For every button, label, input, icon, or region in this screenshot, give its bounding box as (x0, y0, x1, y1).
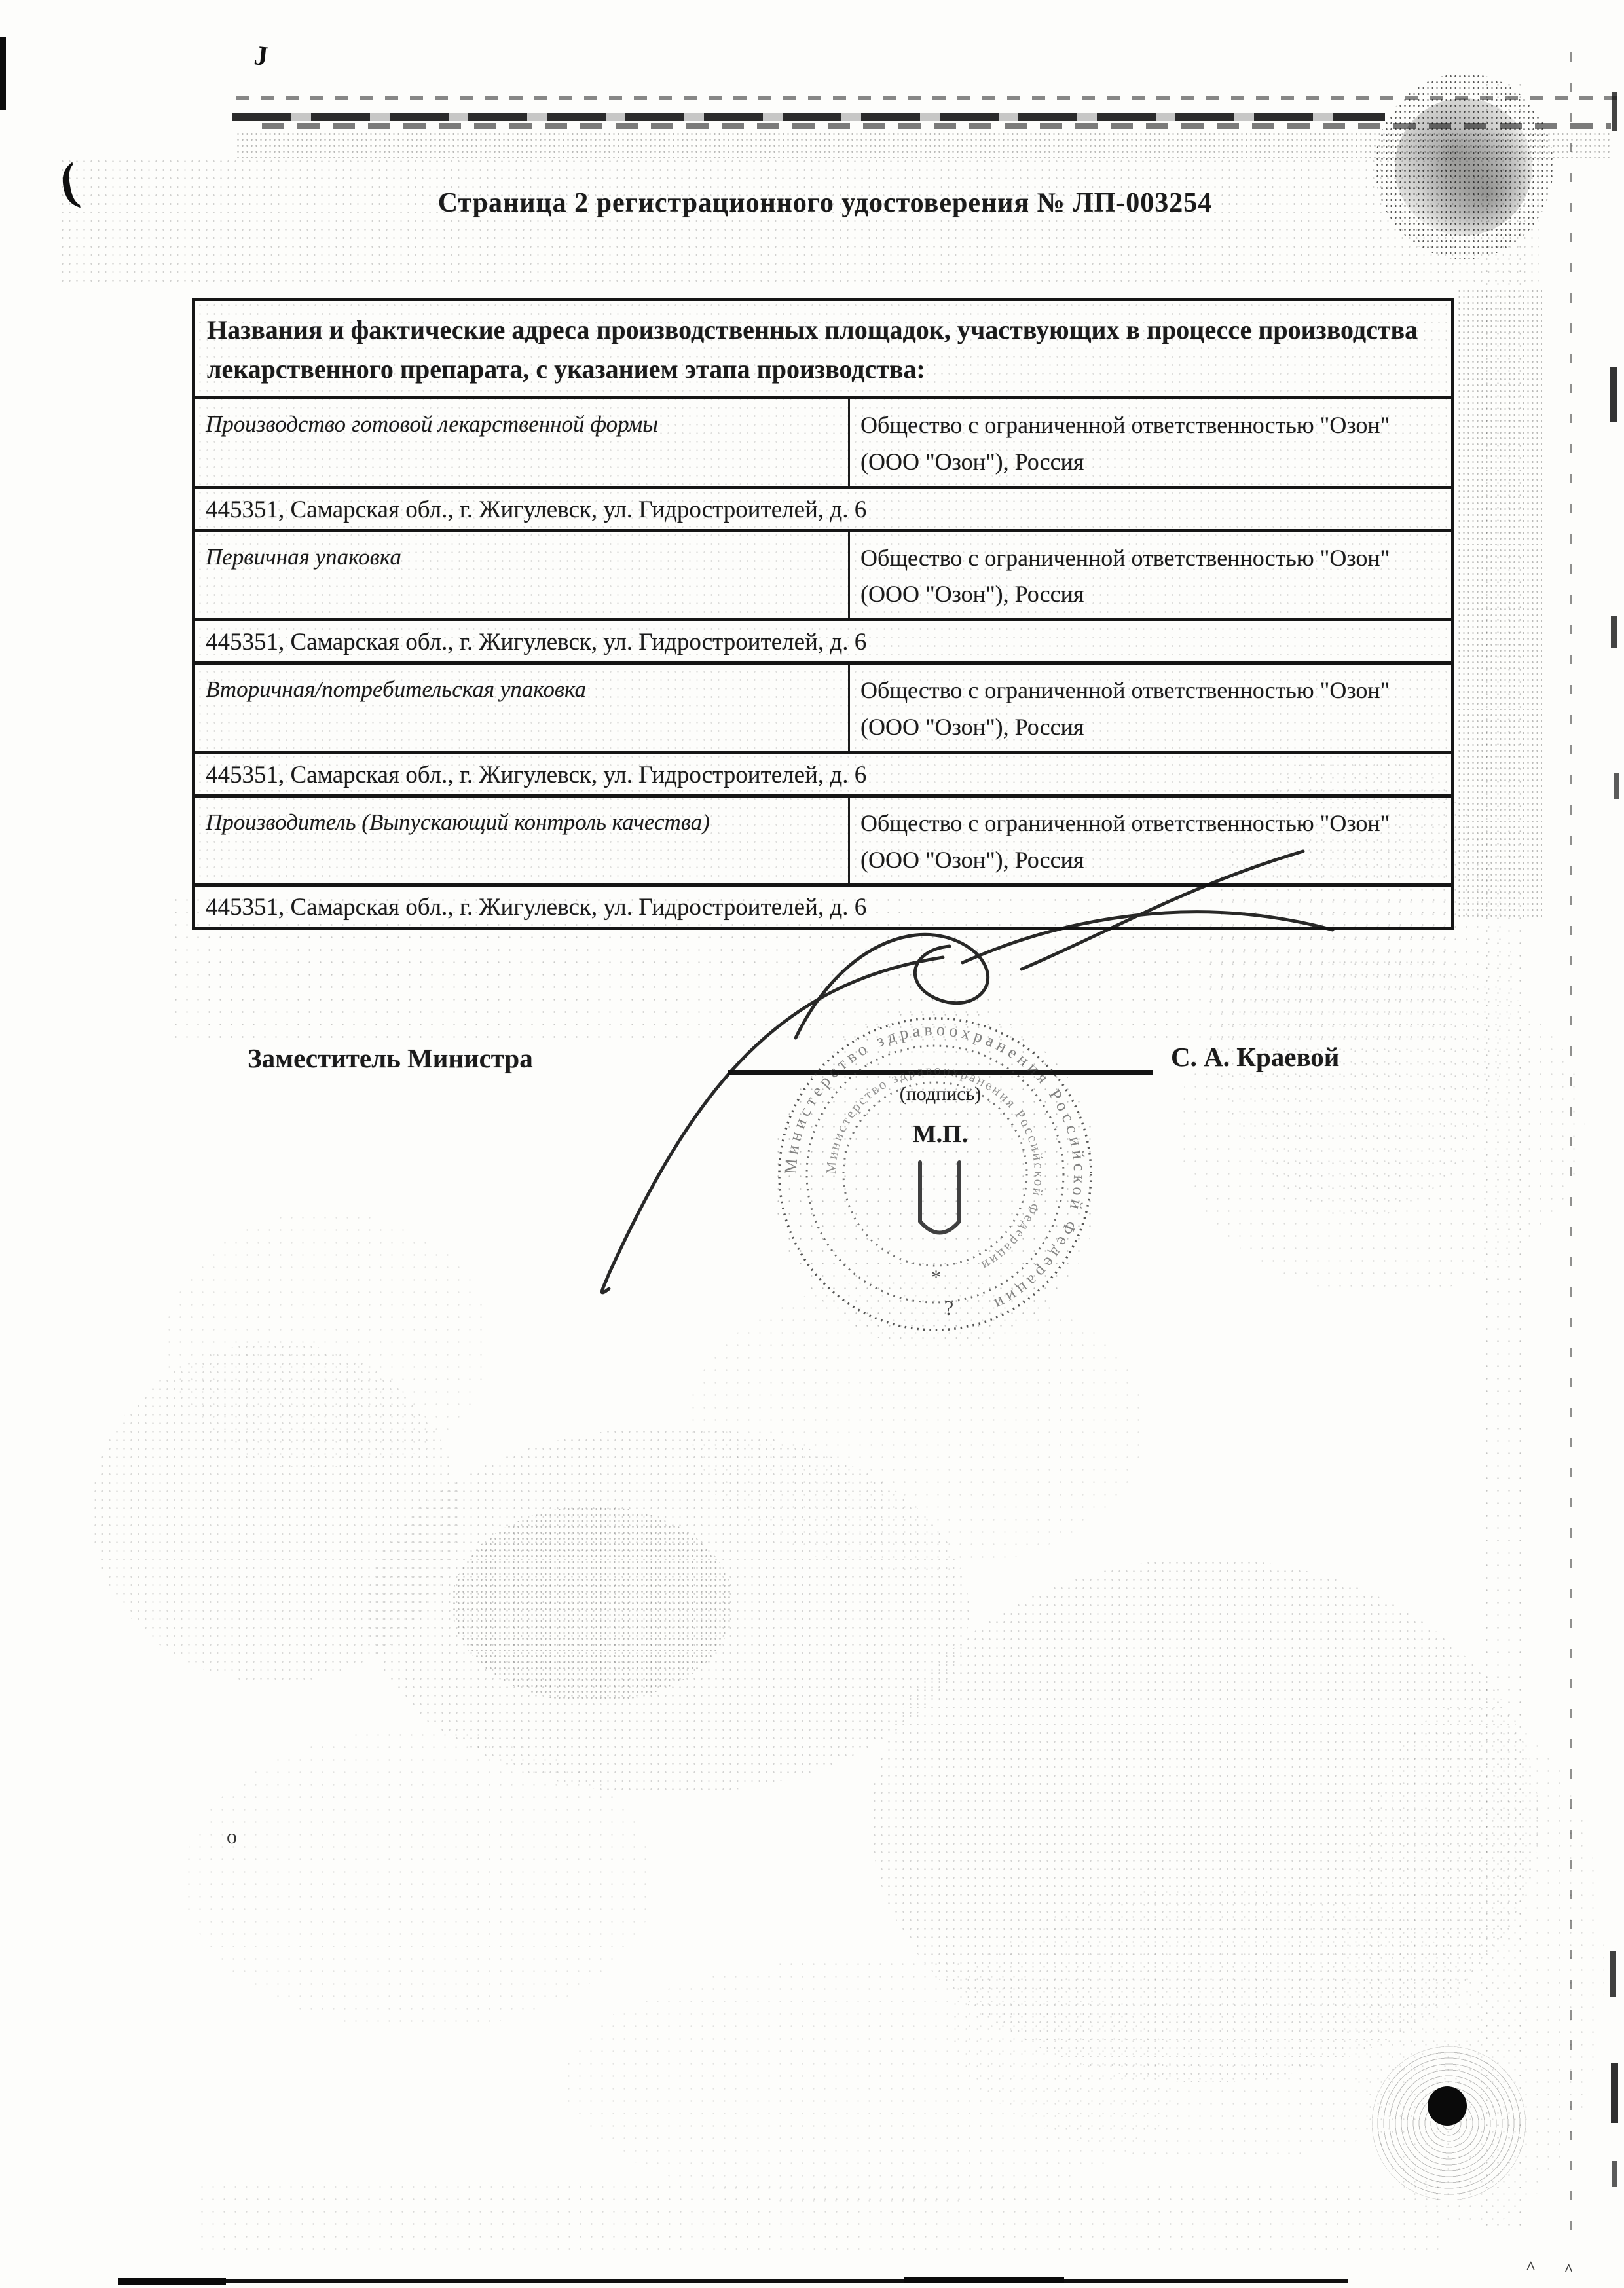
company-cell: Общество с ограниченной ответственностью… (850, 798, 1451, 884)
stage-cell: Производитель (Выпускающий контроль каче… (195, 798, 850, 884)
company-cell: Общество с ограниченной ответственностью… (850, 665, 1451, 751)
scan-edge-line (118, 2278, 226, 2285)
scan-noise (232, 113, 1385, 121)
page-title: Страница 2 регистрационного удостоверени… (268, 187, 1382, 219)
scan-noise (1179, 956, 1585, 1297)
stage-cell: Первичная упаковка (195, 532, 850, 619)
scan-artifact (1612, 2161, 1617, 2187)
table-row-address: 445351, Самарская обл., г. Жигулевск, ул… (195, 887, 1451, 927)
scan-artifact: ^ (1564, 2260, 1574, 2280)
signatory-name: С. А. Краевой (1171, 1041, 1339, 1073)
scan-artifact: о (227, 1824, 237, 1849)
scan-noise (563, 1958, 1179, 2207)
scan-noise (92, 1342, 458, 1683)
signature-caption: (подпись) (728, 1083, 1153, 1105)
scan-noise (236, 96, 1617, 100)
scan-artifact (1611, 616, 1617, 648)
scan-noise (262, 123, 1611, 129)
scan-edge-line (904, 2277, 1064, 2283)
scan-noise (59, 157, 1539, 282)
scan-artifact: J (253, 40, 270, 73)
svg-text:Министерство здравоохранения Р: Министерство здравоохранения Российской … (781, 1020, 1090, 1316)
table-row-address: 445351, Самарская обл., г. Жигулевск, ул… (195, 754, 1451, 798)
scan-noise (367, 1428, 969, 1794)
table-row-address: 445351, Самарская обл., г. Жигулевск, ул… (195, 489, 1451, 532)
production-sites-table: Названия и фактические адреса производст… (192, 298, 1454, 930)
stamp-star-mark: * (931, 1266, 941, 1288)
table-row-stage: Производство готовой лекарственной формы… (195, 399, 1451, 489)
table-row-address: 445351, Самарская обл., г. Жигулевск, ул… (195, 621, 1451, 665)
scan-noise (1570, 52, 1572, 2240)
table-row-stage: Первичная упаковка Общество с ограниченн… (195, 532, 1451, 622)
scan-artifact: ( (55, 151, 82, 212)
scan-noise (236, 131, 1611, 161)
scan-noise (773, 1008, 1100, 1349)
scan-noise (164, 1211, 491, 1473)
scan-noise (183, 1729, 655, 2030)
scan-artifact (1612, 92, 1617, 131)
stamp-center-capsule (920, 1162, 959, 1233)
scan-artifact: ^ (1526, 2258, 1536, 2278)
scan-noise (452, 1506, 733, 1703)
hologram-emblem (1375, 73, 1553, 259)
seal-place-caption: М.П. (728, 1120, 1153, 1149)
stage-cell: Производство готовой лекарственной формы (195, 399, 850, 486)
stage-cell: Вторичная/потребительская упаковка (195, 665, 850, 751)
table-row-stage: Производитель (Выпускающий контроль каче… (195, 798, 1451, 887)
company-cell: Общество с ограниченной ответственностью… (850, 399, 1451, 486)
scan-artifact (1610, 367, 1617, 422)
scan-artifact (1611, 2063, 1618, 2123)
stamp-outer-circle (779, 1018, 1091, 1330)
scan-noise (950, 1886, 1486, 2161)
signature-line (728, 1070, 1153, 1075)
scan-artifact (0, 37, 6, 110)
stamp-inner-circle (843, 1082, 1027, 1266)
hologram-emblem-core (1395, 98, 1532, 236)
stamp-question-mark: ? (944, 1296, 953, 1319)
scan-noise (1481, 79, 1528, 2226)
signatory-position-label: Заместитель Министра (248, 1043, 533, 1074)
scan-noise (1342, 1703, 1604, 2226)
scan-artifact (1610, 1951, 1616, 1997)
scan-artifact (1614, 773, 1619, 799)
company-cell: Общество с ограниченной ответственностью… (850, 532, 1451, 619)
table-header: Названия и фактические адреса производст… (195, 301, 1451, 399)
stamp-ring-text-outer: Министерство здравоохранения Российской … (781, 1020, 1090, 1316)
scan-noise (196, 2181, 1441, 2259)
scan-noise (1457, 288, 1542, 917)
black-dot (1428, 2086, 1467, 2126)
scan-noise (688, 1277, 1146, 1572)
scanned-document-page: J ( о ^ ^ Страница 2 регистрационного уд… (0, 0, 1624, 2288)
scan-edge-line (118, 2279, 1348, 2283)
table-row-stage: Вторичная/потребительская упаковка Общес… (195, 665, 1451, 754)
scan-noise (871, 1559, 1539, 2082)
